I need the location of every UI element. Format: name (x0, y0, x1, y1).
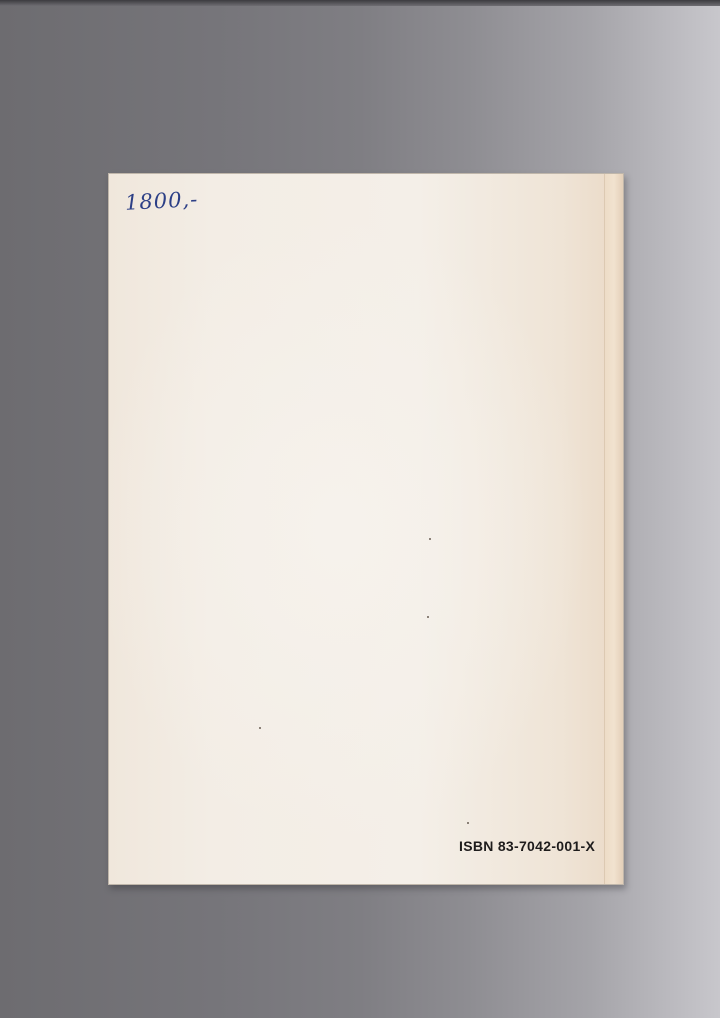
handwritten-price: 1800,- (124, 187, 198, 215)
paper-speck (429, 538, 431, 540)
isbn-label: ISBN 83-7042-001-X (459, 838, 595, 854)
paper-speck (259, 727, 261, 729)
book-spine-edge (604, 174, 623, 884)
scanner-top-edge (0, 0, 720, 6)
paper-speck (427, 616, 429, 618)
book-back-cover: 1800,- ISBN 83-7042-001-X (108, 173, 624, 885)
paper-speck (467, 822, 469, 824)
